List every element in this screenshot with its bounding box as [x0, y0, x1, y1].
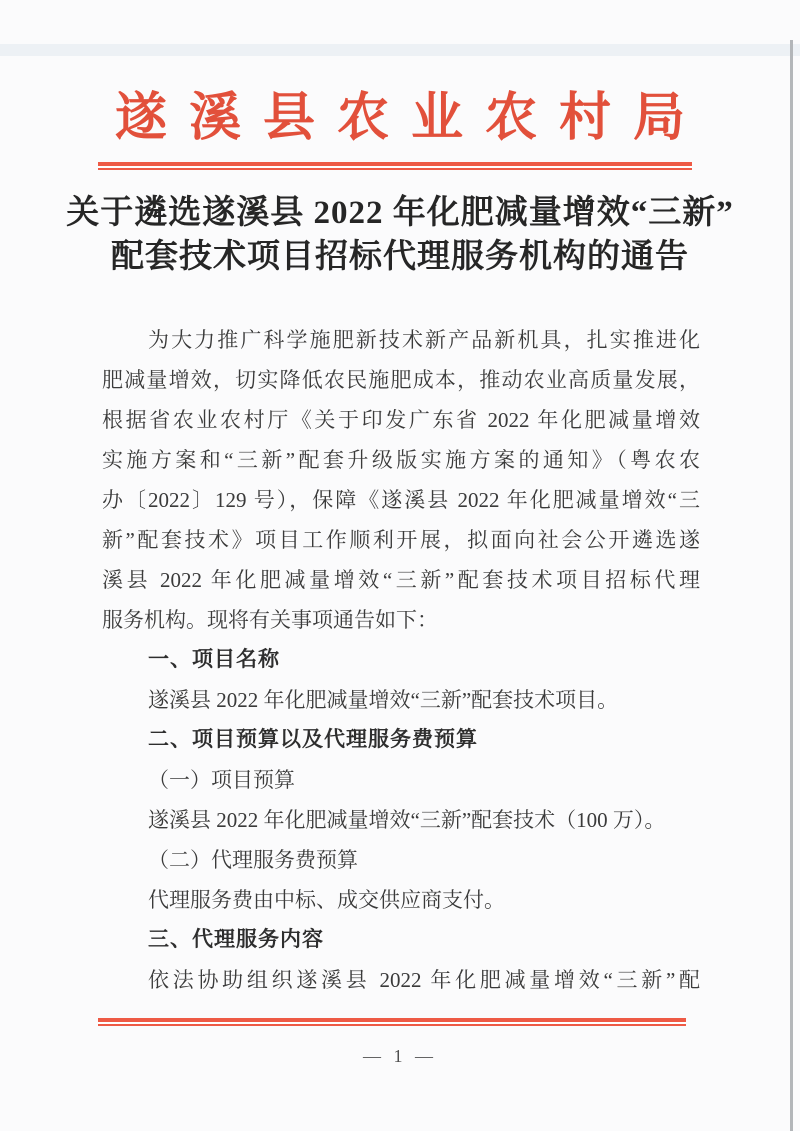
intro-line: 服务机构。现将有关事项通告如下：	[102, 600, 700, 640]
section-3-heading: 三、代理服务内容	[102, 920, 700, 960]
document-title-line-1: 关于遴选遂溪县 2022 年化肥减量增效“三新”	[50, 191, 750, 235]
notice-body: 为大力推广科学施肥新技术新产品新机具，扎实推进化 肥减量增效，切实降低农民施肥成…	[102, 320, 700, 1000]
intro-line: 溪县 2022 年化肥减量增效“三新”配套技术项目招标代理	[102, 560, 700, 600]
footer-divider-rule	[98, 1018, 686, 1026]
intro-line: 为大力推广科学施肥新技术新产品新机具，扎实推进化	[102, 320, 700, 360]
intro-line: 新”配套技术》项目工作顺利开展，拟面向社会公开遴选遂	[102, 520, 700, 560]
scan-artifact-band	[0, 44, 800, 56]
letterhead-divider-rule	[98, 162, 692, 170]
section-2-sub-2-heading: （二）代理服务费预算	[102, 840, 700, 880]
section-3-first-line: 依法协助组织遂溪县 2022 年化肥减量增效“三新”配	[102, 960, 700, 1000]
document-title: 关于遴选遂溪县 2022 年化肥减量增效“三新” 配套技术项目招标代理服务机构的…	[50, 191, 750, 279]
scan-page-edge	[790, 40, 793, 1131]
document-title-line-2: 配套技术项目招标代理服务机构的通告	[50, 235, 750, 279]
intro-line: 根据省农业农村厅《关于印发广东省 2022 年化肥减量增效	[102, 400, 700, 440]
intro-line: 肥减量增效，切实降低农民施肥成本，推动农业高质量发展，	[102, 360, 700, 400]
intro-line: 实施方案和“三新”配套升级版实施方案的通知》（粤农农	[102, 440, 700, 480]
section-2-sub-1-text: 遂溪县 2022 年化肥减量增效“三新”配套技术（100 万）。	[102, 800, 700, 840]
section-1-heading: 一、项目名称	[102, 640, 700, 680]
section-2-sub-1-heading: （一）项目预算	[102, 760, 700, 800]
section-2-heading: 二、项目预算以及代理服务费预算	[102, 720, 700, 760]
section-1-text: 遂溪县 2022 年化肥减量增效“三新”配套技术项目。	[102, 680, 700, 720]
intro-line: 办〔2022〕129 号），保障《遂溪县 2022 年化肥减量增效“三	[102, 480, 700, 520]
page-number: — 1 —	[0, 1046, 800, 1067]
letterhead-org-name: 遂溪县农业农村局	[0, 86, 800, 152]
section-2-sub-2-text: 代理服务费由中标、成交供应商支付。	[102, 880, 700, 920]
